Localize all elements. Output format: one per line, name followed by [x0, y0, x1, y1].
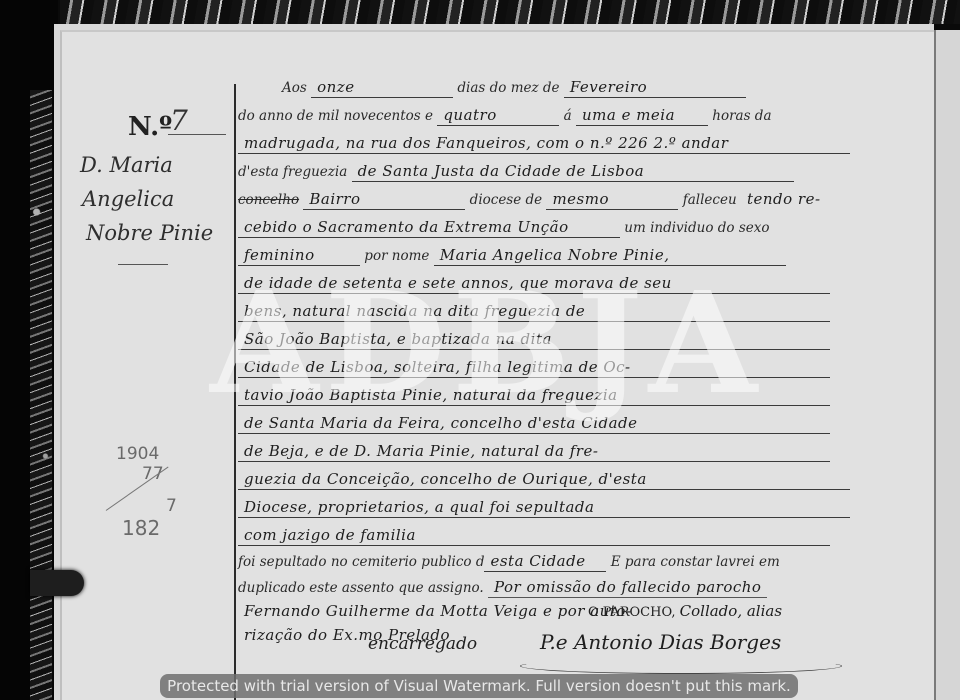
- margin-rule: [118, 264, 168, 265]
- line-12: tavio João Baptista Pinie, natural da fr…: [238, 386, 830, 408]
- deceased-name-field: Maria Angelica Nobre Pinie,: [434, 246, 786, 266]
- margin-name-line-3: Nobre Pinie: [80, 216, 230, 250]
- line-1: Aos onze dias do mez de Fevereiro: [282, 78, 746, 100]
- line-18: foi sepultado no cemiterio publico desta…: [238, 552, 780, 574]
- signature-encarregado: encarregado: [368, 634, 477, 654]
- calc-digit: 7: [166, 496, 177, 516]
- calc-year: 1904: [116, 444, 159, 464]
- line-7: feminino por nome Maria Angelica Nobre P…: [238, 246, 786, 268]
- calc-slash: [106, 466, 169, 510]
- diocese-field: mesmo: [546, 190, 678, 210]
- line-6: cebido o Sacramento da Extrema Unção um …: [238, 218, 769, 240]
- margin-divider-line: [234, 84, 236, 700]
- margin-name-line-2: Angelica: [80, 182, 230, 216]
- entry-number: 7: [170, 104, 188, 137]
- line-16: Diocese, proprietarios, a qual foi sepul…: [238, 498, 850, 520]
- line-9: bens, natural nascida na dita freguezia …: [238, 302, 830, 324]
- year-field: quatro: [437, 106, 559, 126]
- line-14: de Beja, e de D. Maria Pinie, natural da…: [238, 442, 830, 464]
- entry-number-label: N.º: [128, 112, 172, 142]
- address-field: madrugada, na rua dos Fanqueiros, com o …: [238, 134, 850, 154]
- margin-name-line-1: D. Maria: [80, 148, 230, 182]
- line-15: guezia da Conceição, concelho de Ourique…: [238, 470, 850, 492]
- parish-field: de Santa Justa da Cidade de Lisboa: [352, 162, 794, 182]
- line-3: madrugada, na rua dos Fanqueiros, com o …: [238, 134, 850, 156]
- line-17: com jazigo de familia: [238, 526, 830, 548]
- trial-watermark-banner: Protected with trial version of Visual W…: [160, 674, 798, 698]
- day-field: onze: [311, 78, 453, 98]
- margin-pencil-calculation: 1904 77 7 182: [86, 436, 196, 556]
- line-19: duplicado este assento que assigno. Por …: [238, 578, 767, 600]
- cemetery-field: esta Cidade: [484, 552, 606, 572]
- margin-deceased-name: D. Maria Angelica Nobre Pinie: [80, 148, 230, 250]
- parish-priest-label: O PAROCHO, Collado, alias: [588, 602, 782, 620]
- hour-field: uma e meia: [576, 106, 708, 126]
- marbled-cover-edge: [30, 90, 52, 700]
- month-field: Fevereiro: [564, 78, 746, 98]
- line-11: Cidade de Lisboa, solteira, filha legiti…: [238, 358, 830, 380]
- line-4: d'esta freguezia de Santa Justa da Cidad…: [238, 162, 794, 184]
- line-8: de idade de setenta e sete annos, que mo…: [238, 274, 830, 296]
- sex-field: feminino: [238, 246, 360, 266]
- signature-flourish: [520, 658, 842, 674]
- binding-clasp: [30, 570, 84, 596]
- line-2: do anno de mil novecentos e quatro á uma…: [238, 106, 772, 128]
- line-13: de Santa Maria da Feira, concelho d'esta…: [238, 414, 830, 436]
- sacrament-field: cebido o Sacramento da Extrema Unção: [238, 218, 620, 238]
- line-5: concelho Bairro diocese de mesmo fallece…: [238, 190, 827, 212]
- priest-signature: P.e Antonio Dias Borges: [540, 630, 781, 654]
- line-20: Fernando Guilherme da Motta Veiga e por …: [238, 602, 637, 624]
- calc-result: 182: [122, 516, 160, 540]
- adjacent-page-edge: [934, 30, 960, 700]
- municipality-field: Bairro: [303, 190, 465, 210]
- line-10: São João Baptista, e baptizada na dita: [238, 330, 830, 352]
- entry-number-underline: [168, 134, 226, 135]
- marbled-cover-top: [60, 0, 960, 24]
